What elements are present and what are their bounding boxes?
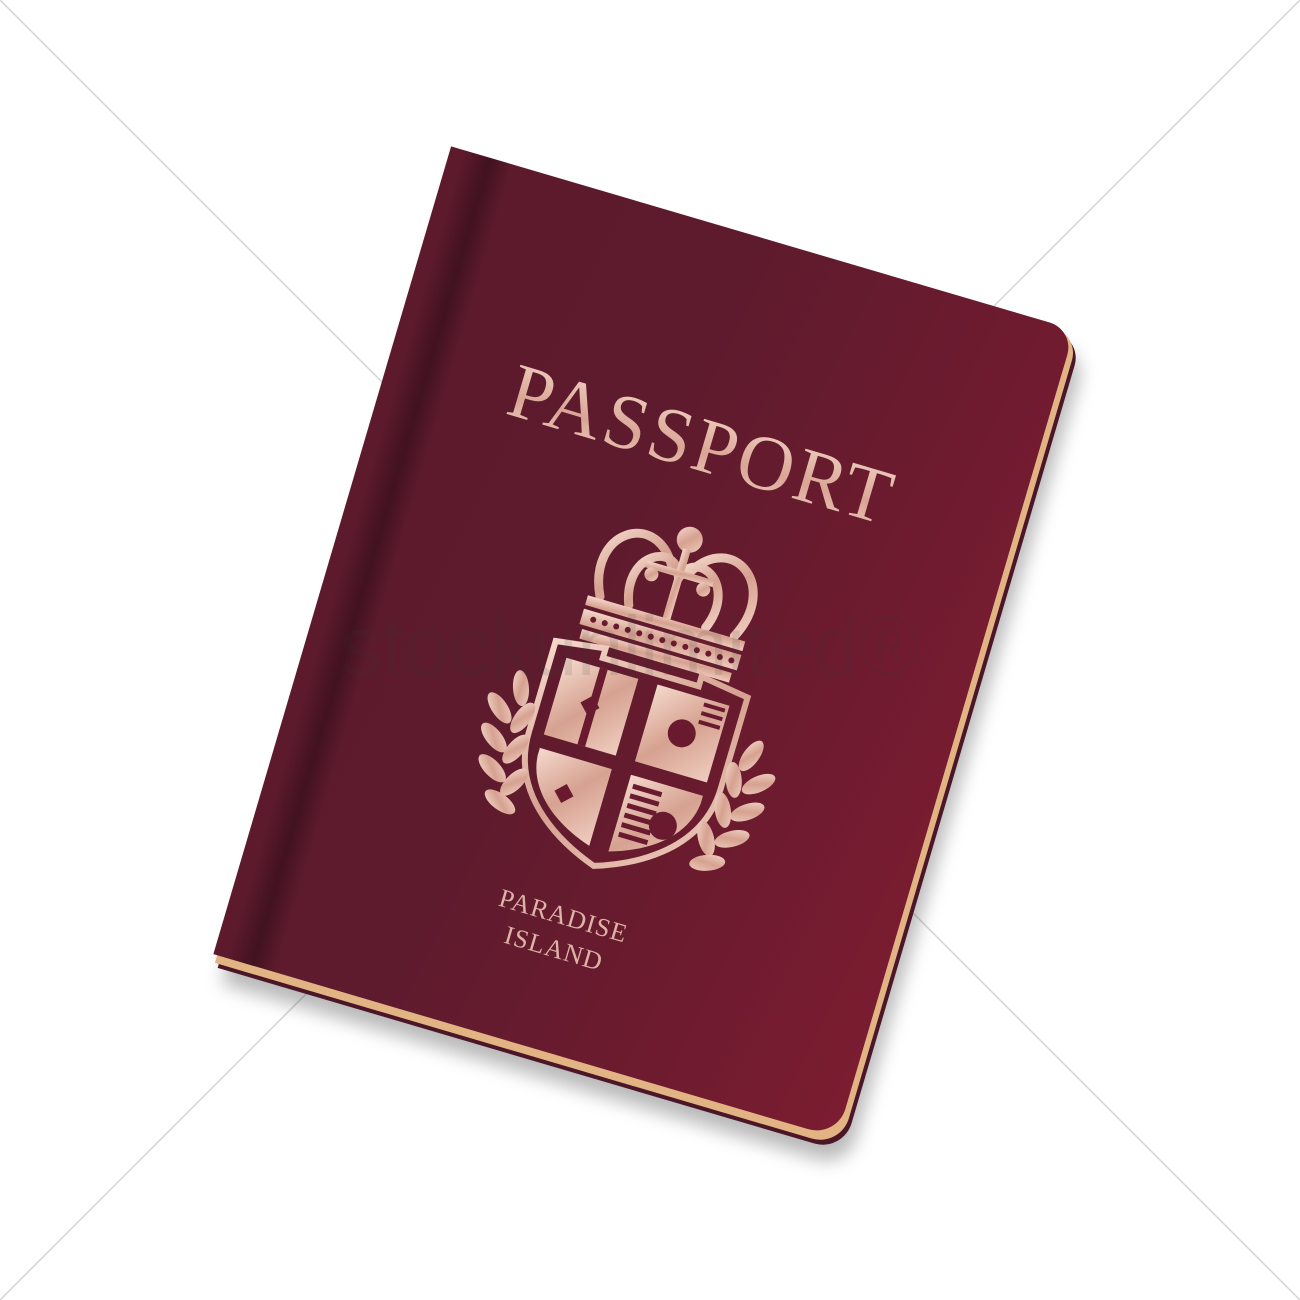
crowned-shield-with-laurel-icon xyxy=(425,453,864,933)
passport: PASSPORT xyxy=(212,146,1083,1145)
scene: PASSPORT xyxy=(0,0,1300,1300)
passport-cover: PASSPORT xyxy=(213,146,1074,1137)
